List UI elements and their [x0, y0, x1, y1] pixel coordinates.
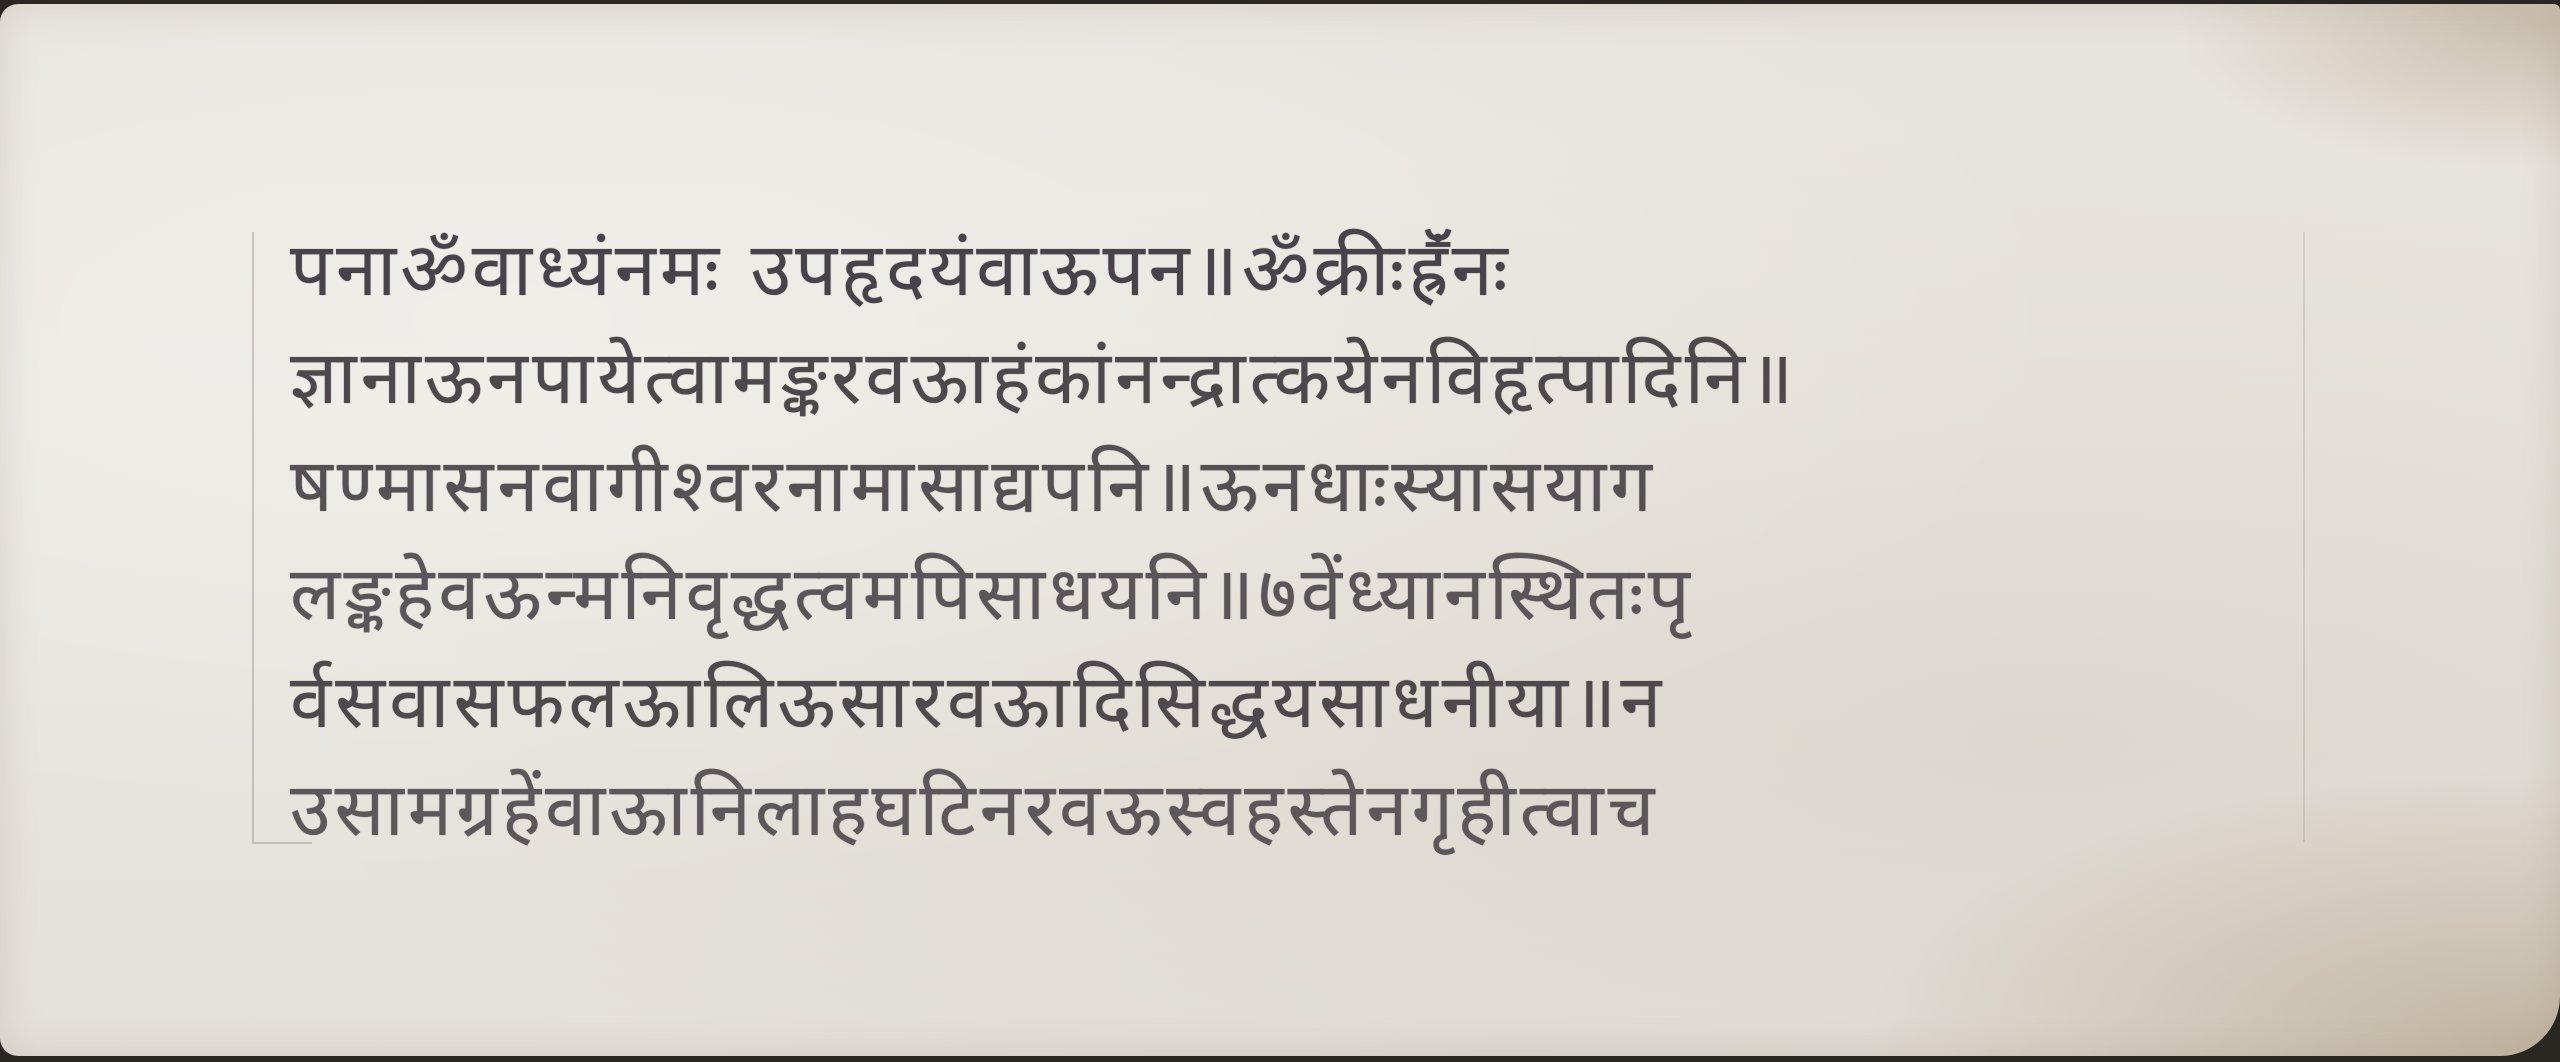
photo-stage: पनाॐवाध्यंनमः उपहृदयंवाऊपन॥ॐक्रीःह्रॕंनः…	[0, 0, 2560, 1062]
manuscript-line-1: पनाॐवाध्यंनमः उपहृदयंवाऊपन॥ॐक्रीःह्रॕंनः	[290, 216, 2320, 324]
manuscript-text-block: पनाॐवाध्यंनमः उपहृदयंवाऊपन॥ॐक्रीःह्रॕंनः…	[290, 216, 2320, 864]
left-margin-ruling	[252, 232, 254, 842]
manuscript-line-2: ज्ञानाऊनपायेत्वामङ्करवऊाहंकांनन्द्रात्कय…	[290, 324, 2320, 432]
manuscript-line-3: षण्मासनवागीश्वरनामासाद्यपनि॥ऊनधाःस्यासया…	[290, 432, 2320, 540]
manuscript-folio: पनाॐवाध्यंनमः उपहृदयंवाऊपन॥ॐक्रीःह्रॕंनः…	[0, 4, 2560, 1056]
manuscript-line-4: लङ्कहेवऊन्मनिवृद्धत्वमपिसाधयनि॥७वेंध्यान…	[290, 540, 2320, 648]
manuscript-line-5: र्वसवासफलऊालिऊसारवऊादिसिद्धयसाधनीया॥न	[290, 648, 2320, 756]
manuscript-line-6: उसामग्रहेंवाऊानिलाहघटिनरवऊस्वहस्तेनगृहीत…	[290, 756, 2320, 864]
